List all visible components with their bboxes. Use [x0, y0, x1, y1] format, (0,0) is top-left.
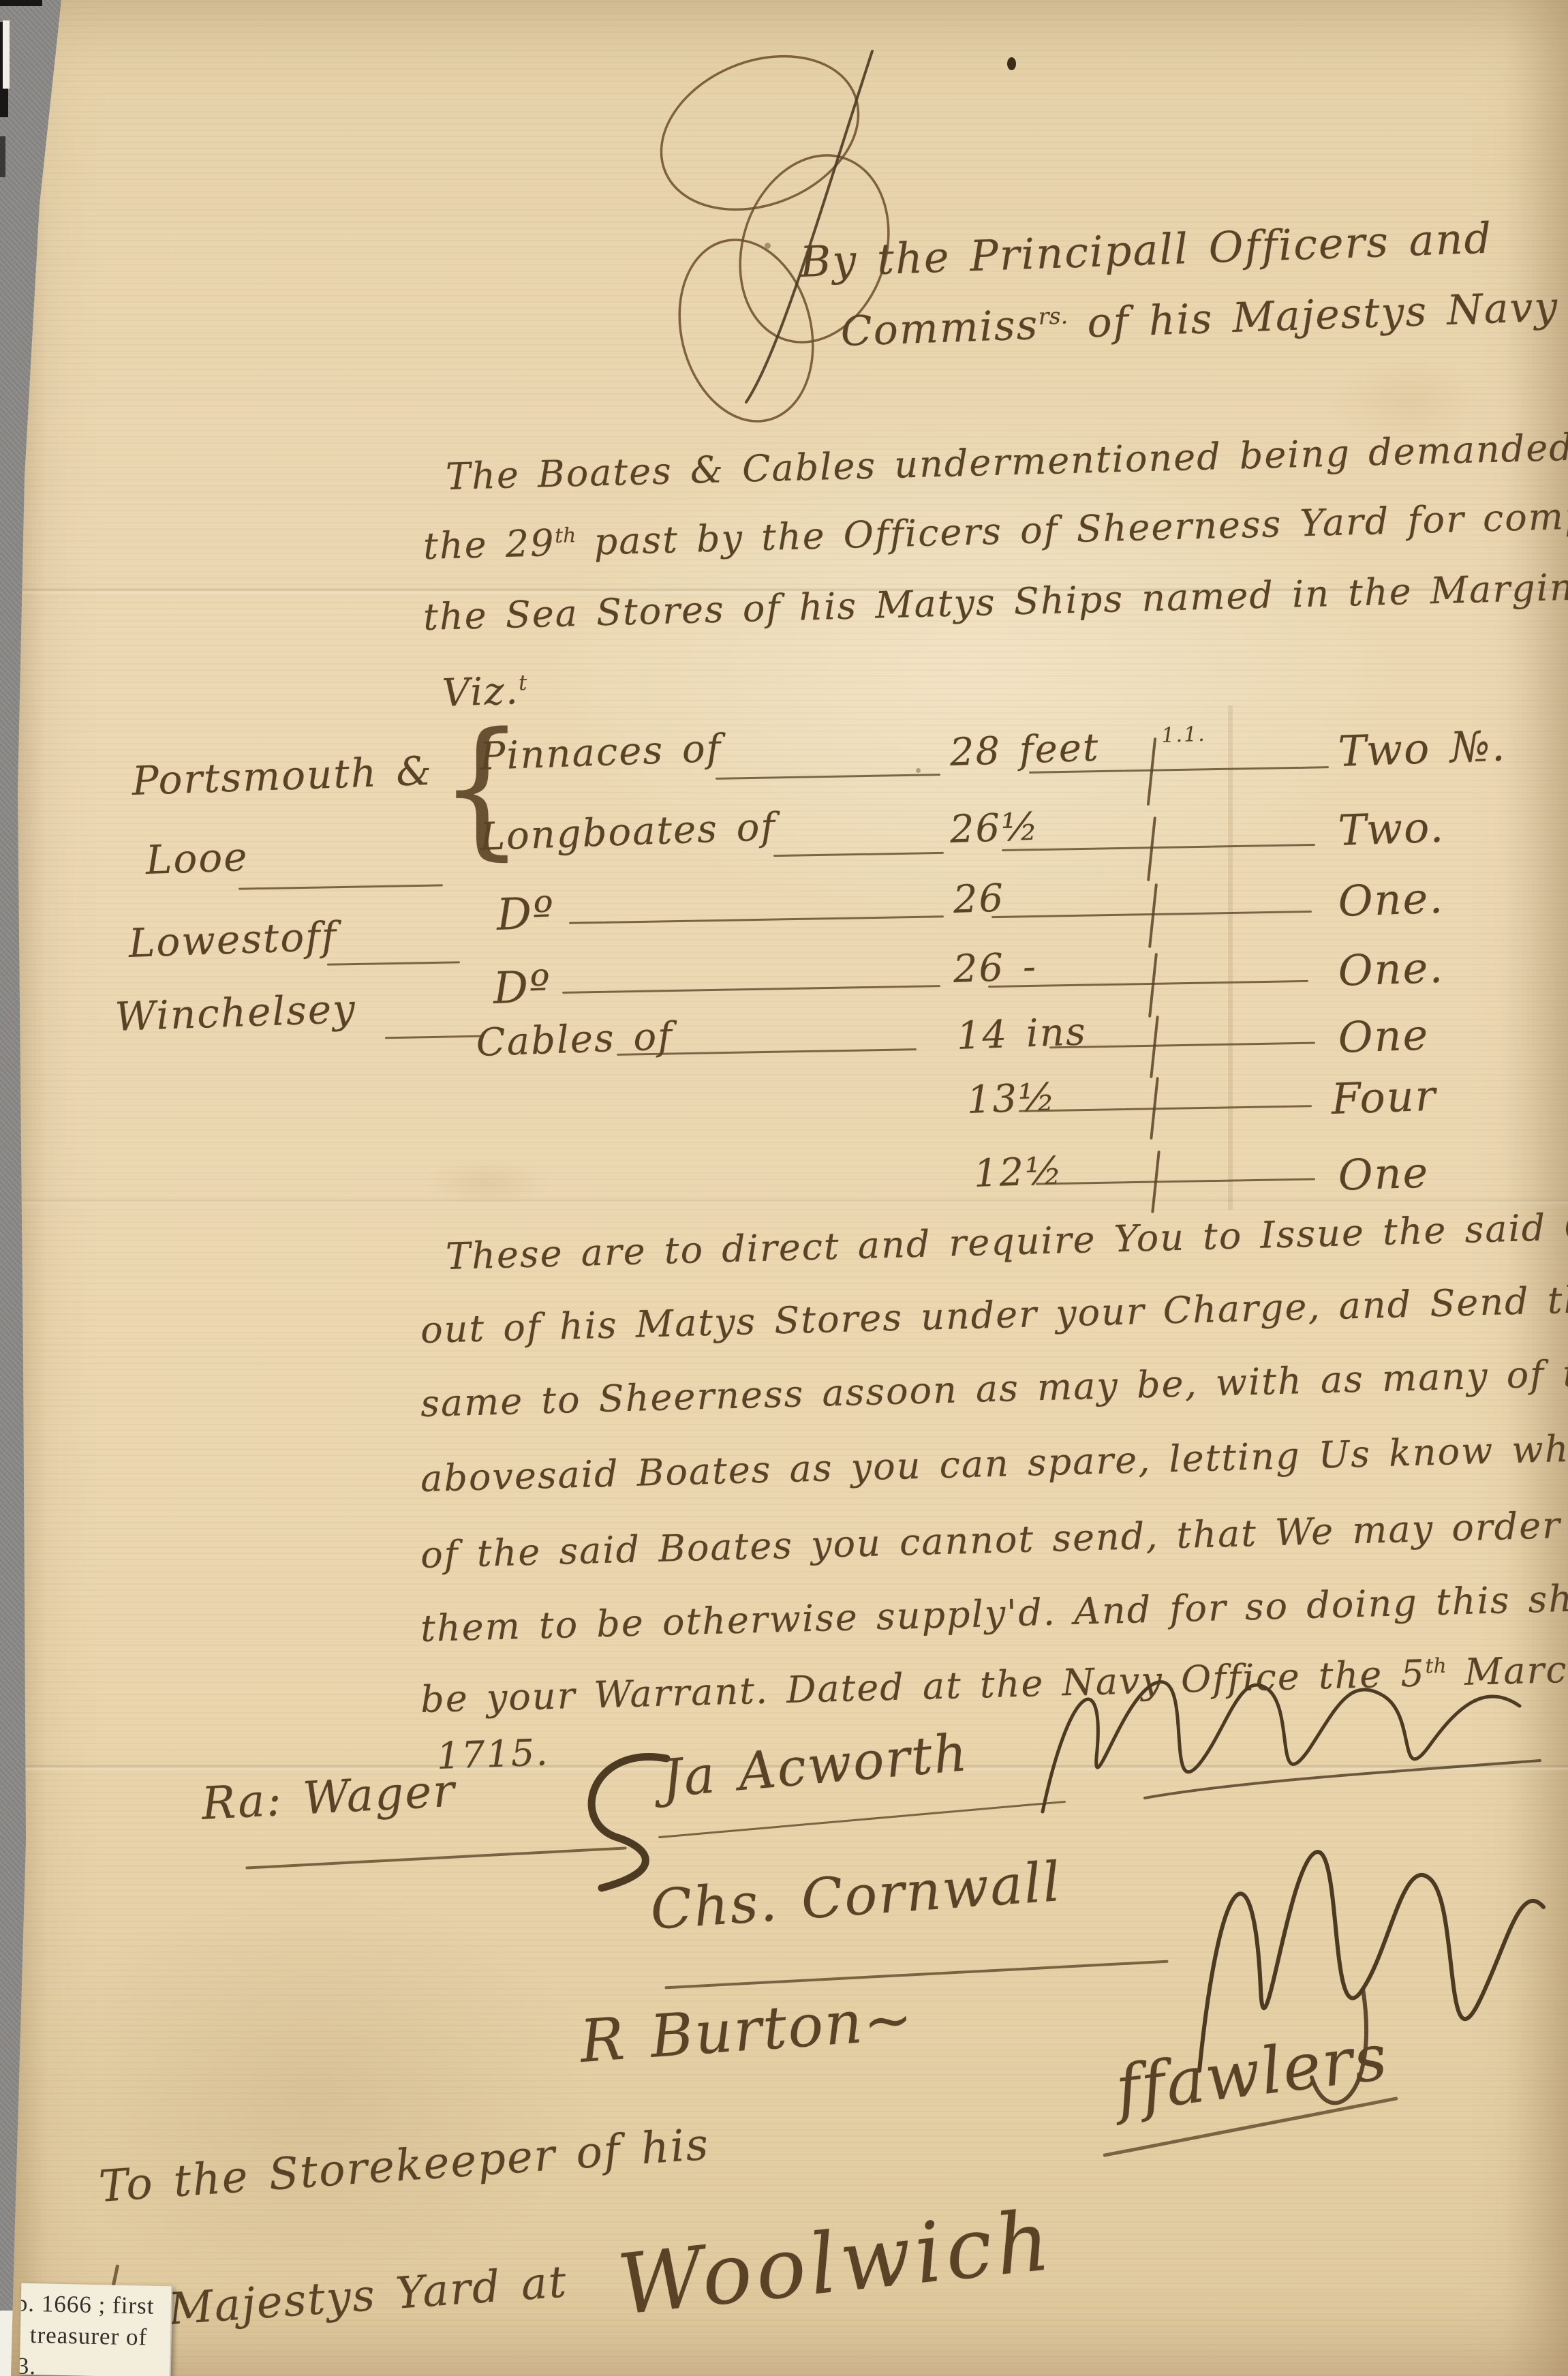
label-line-1: ɔ. 1666 ; first	[20, 2290, 155, 2320]
table-size-3: 26	[953, 876, 1005, 922]
text-run: Majestys Yard at	[167, 2257, 569, 2335]
ornate-initial-B	[644, 31, 937, 412]
connector-line	[716, 774, 940, 780]
text-run: Looe	[145, 834, 249, 883]
text-run: the 29	[422, 521, 555, 568]
table-size-7: 12½	[973, 1148, 1064, 1196]
connector-line	[569, 915, 944, 924]
text-run: 14 ins	[956, 1009, 1088, 1058]
superscript: th	[555, 523, 577, 548]
text-run: of the said Boates you cannot send, that…	[420, 1504, 1561, 1577]
fold-crease	[0, 1198, 1568, 1205]
backing-corner-mark	[0, 0, 42, 6]
margin-ship-portsmouth: Portsmouth &	[132, 748, 433, 804]
text-run: 12½	[973, 1148, 1064, 1196]
signature-swash	[664, 1960, 1168, 1990]
signature-strike	[658, 1801, 1066, 1838]
connector-line	[1049, 1042, 1315, 1049]
signature-acworth: Ja Acworth	[659, 1722, 970, 1809]
connector-line	[562, 985, 940, 994]
text-run: Commiss	[840, 301, 1040, 356]
table-size-5: 14 ins	[956, 1009, 1088, 1058]
table-size-1: 28 feet	[949, 725, 1101, 775]
printed-label-fragment: ɔ. 1666 ; first treasurer of 3.	[20, 2283, 173, 2376]
address-line2: Majestys Yard at	[167, 2257, 569, 2335]
connector-line	[1019, 1105, 1312, 1112]
table-item-ditto-1: Dº	[495, 888, 555, 941]
table-qty-4: One.	[1337, 943, 1445, 996]
margin-ship-lowestoff: Lowestoff	[128, 913, 339, 966]
margin-ship-looe: Looe	[145, 834, 249, 883]
text-run: Two.	[1337, 802, 1445, 855]
text-run: These are to direct and require You to I…	[445, 1202, 1568, 1278]
table-size-6: 13½	[966, 1075, 1058, 1123]
tally-tick	[1148, 883, 1158, 948]
paragraph2-line5: of the said Boates you cannot send, that…	[420, 1504, 1561, 1577]
table-size-2: 26½	[949, 804, 1041, 852]
table-item-longboates: Longboates of	[479, 805, 777, 859]
paragraph2-line6: them to be otherwise supply'd. And for s…	[420, 1576, 1568, 1650]
address-place-woolwich: Woolwich	[613, 2192, 1058, 2334]
text-run: Portsmouth &	[132, 748, 433, 804]
paragraph1-line1: The Boates & Cables undermentioned being…	[445, 424, 1568, 498]
paragraph1-line3: the Sea Stores of his Matys Ships named …	[422, 564, 1568, 639]
text-run: of his Majestys Navy	[1067, 283, 1559, 348]
tally-tick	[1148, 953, 1158, 1018]
paper-stain	[916, 768, 921, 773]
tally-tick-note: 1.1.	[1161, 722, 1206, 748]
table-item-cables: Cables of	[476, 1014, 674, 1065]
text-run: 26½	[949, 804, 1041, 852]
connector-line	[239, 884, 443, 889]
connector-line	[1036, 1178, 1315, 1185]
signature-burton: R Burton~	[578, 1985, 916, 2076]
table-qty-6: Four	[1330, 1071, 1437, 1124]
text-run: 26	[953, 876, 1005, 922]
connector-line	[773, 852, 944, 857]
paper-stain	[422, 1159, 552, 1206]
tally-tick	[1147, 737, 1156, 806]
paragraph2-line4: abovesaid Boates as you can spare, letti…	[420, 1426, 1568, 1500]
text-run: Two №.	[1337, 720, 1507, 776]
text-run: To the Storekeeper of his	[97, 2120, 711, 2212]
margin-ship-winchelsey: Winchelsey	[114, 986, 357, 1040]
table-qty-7: One	[1337, 1147, 1430, 1200]
paragraph2-line3: same to Sheerness assoon as may be, with…	[420, 1351, 1568, 1425]
text-run: One.	[1337, 873, 1445, 926]
signature-cornwall: Chs. Cornwall	[649, 1850, 1064, 1942]
fold-crease-vertical	[1228, 705, 1233, 1210]
text-run: Winchelsey	[114, 986, 357, 1040]
text-run: Dº	[492, 962, 552, 1014]
text-run: same to Sheerness assoon as may be, with…	[420, 1351, 1568, 1425]
table-qty-2: Two.	[1337, 802, 1445, 855]
scanned-document-page: By the Principall Officers and Commissrs…	[0, 0, 1568, 2376]
text-run: One	[1337, 1009, 1430, 1063]
connector-line	[385, 1035, 480, 1039]
document-paper: By the Principall Officers and Commissrs…	[0, 0, 1568, 2376]
table-qty-5: One	[1337, 1009, 1430, 1063]
text-run: Lowestoff	[128, 913, 339, 966]
table-item-pinnaces: Pinnaces of	[479, 727, 723, 779]
text-run: Woolwich	[613, 2192, 1058, 2334]
superscript: rs.	[1038, 302, 1069, 329]
text-run: Longboates of	[479, 805, 777, 859]
backing-white-sliver	[3, 20, 10, 89]
text-run: One	[1337, 1147, 1430, 1200]
text-run: 28 feet	[949, 725, 1101, 775]
ink-speck	[1007, 57, 1016, 70]
signature-wager: Ra: Wager	[200, 1765, 457, 1830]
text-run: abovesaid Boates as you can spare, letti…	[420, 1426, 1568, 1500]
text-run: them to be otherwise supply'd. And for s…	[420, 1576, 1568, 1650]
text-run: past by the Officers of Sheerness Yard f…	[576, 491, 1568, 564]
text-run: Cables of	[476, 1014, 674, 1065]
table-item-ditto-2: Dº	[492, 962, 552, 1014]
text-run: Ra: Wager	[200, 1765, 457, 1830]
heading-line-2: Commissrs. of his Majestys Navy	[840, 283, 1560, 356]
superscript: t	[518, 671, 527, 695]
paragraph1-line2: the 29th past by the Officers of Sheerne…	[422, 491, 1568, 568]
text-run: Ja Acworth	[659, 1722, 970, 1809]
tally-tick	[1150, 1016, 1159, 1078]
tally-tick	[1147, 817, 1156, 881]
text-run: 1.1.	[1161, 722, 1206, 748]
label-line-3: 3.	[20, 2353, 37, 2376]
table-qty-1: Two №.	[1337, 720, 1507, 776]
text-run: Dº	[495, 888, 555, 941]
text-run: Chs. Cornwall	[649, 1850, 1064, 1942]
label-line-2: treasurer of	[29, 2321, 147, 2351]
connector-line	[327, 961, 460, 965]
text-run: Four	[1330, 1071, 1437, 1124]
backing-edge-mark	[0, 136, 5, 177]
table-qty-3: One.	[1337, 873, 1445, 926]
text-run: 13½	[966, 1075, 1058, 1123]
text-run: Pinnaces of	[479, 727, 723, 779]
connector-line	[1002, 844, 1315, 851]
paragraph2-line2: out of his Matys Stores under your Charg…	[420, 1277, 1568, 1352]
address-line1: To the Storekeeper of his	[97, 2120, 711, 2212]
paragraph2-line1: These are to direct and require You to I…	[445, 1202, 1568, 1278]
text-run: The Boates & Cables undermentioned being…	[445, 424, 1568, 498]
text-run: R Burton~	[578, 1985, 916, 2076]
text-run: One.	[1337, 943, 1445, 996]
text-run: out of his Matys Stores under your Charg…	[420, 1277, 1568, 1352]
text-run: the Sea Stores of his Matys Ships named …	[422, 564, 1568, 639]
